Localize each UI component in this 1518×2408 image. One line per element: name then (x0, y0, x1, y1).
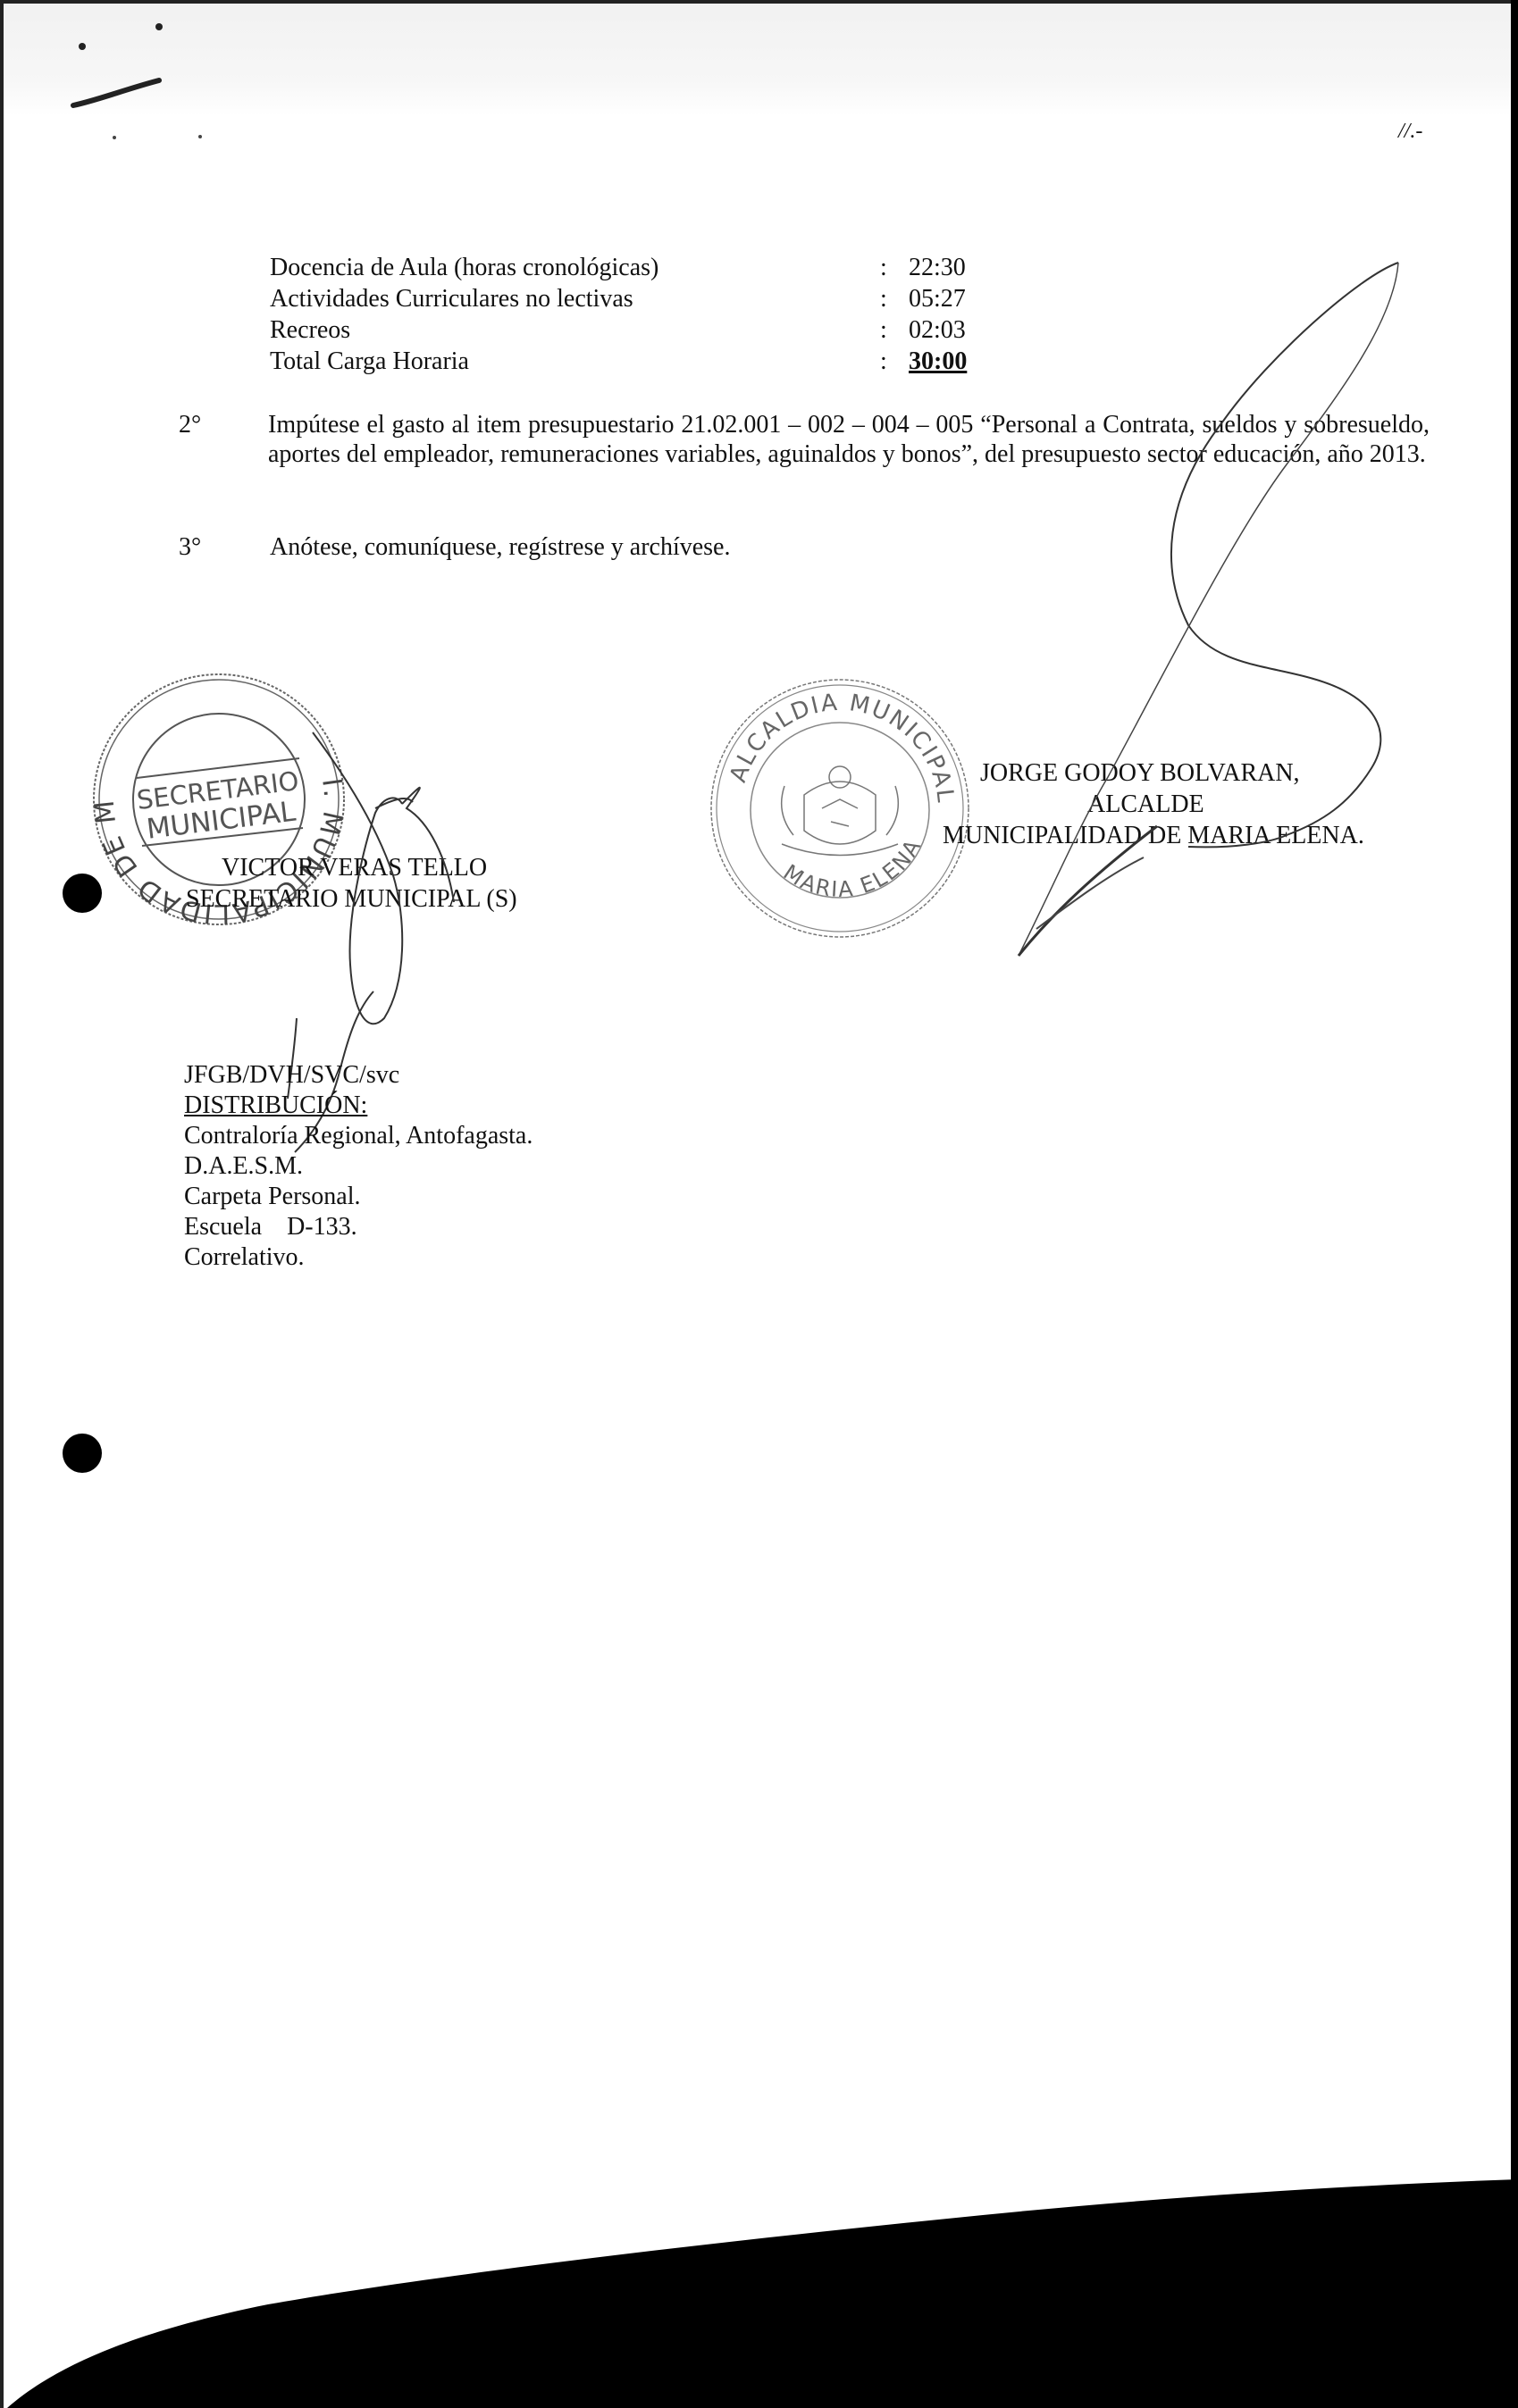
document-page: //.- Docencia de Aula (horas cronológica… (0, 0, 1518, 2408)
scan-edge-bottom (0, 0, 1518, 2408)
